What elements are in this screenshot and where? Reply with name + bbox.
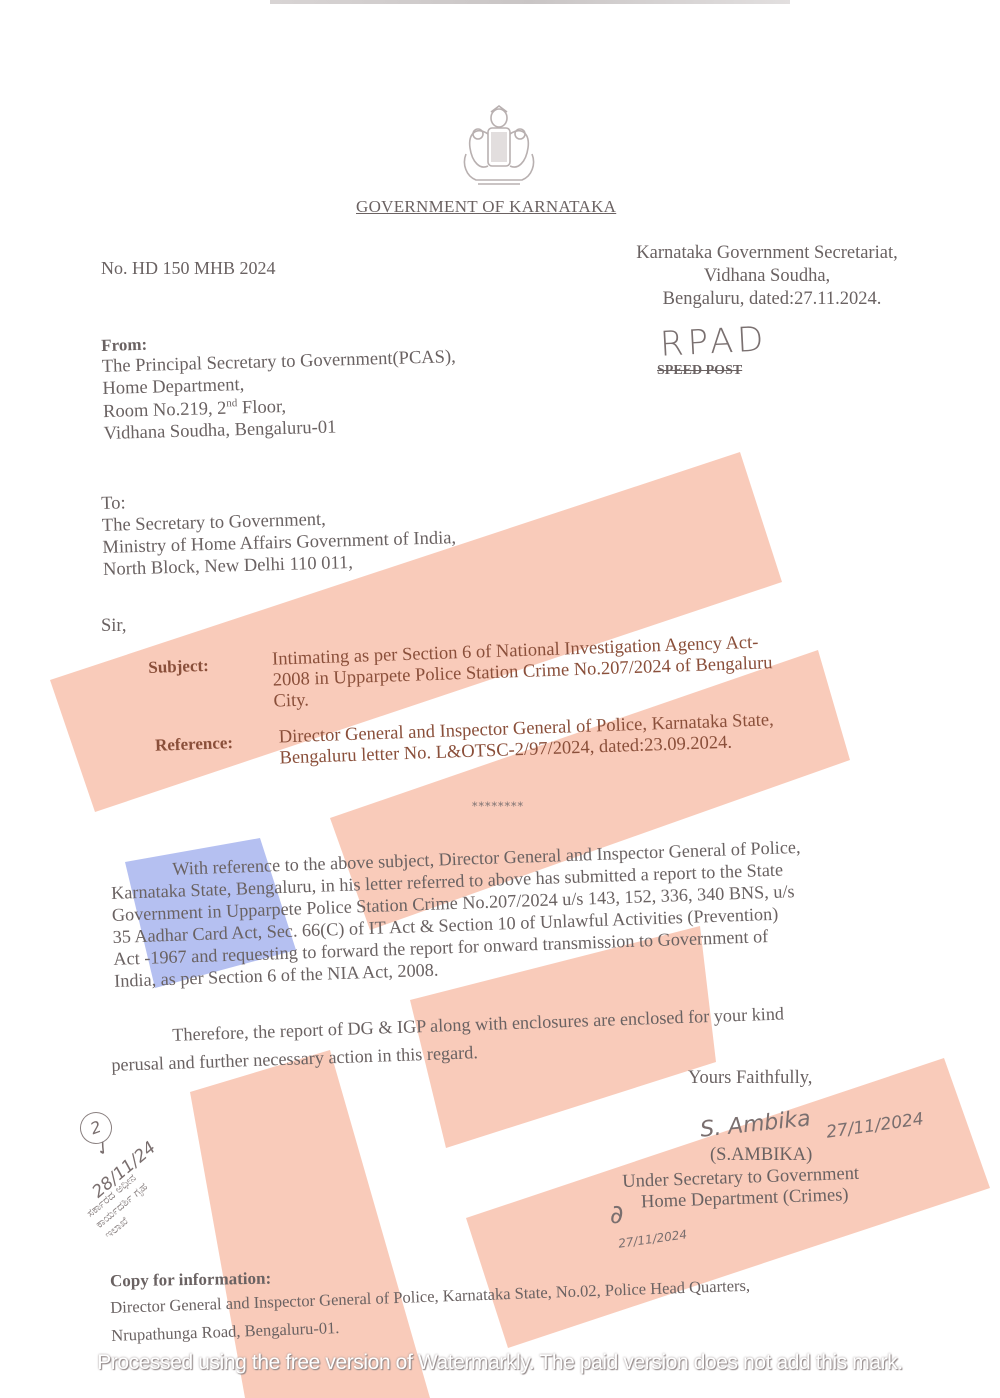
letter-page: GOVERNMENT OF KARNATAKA No. HD 150 MHB 2… bbox=[0, 0, 1000, 1398]
government-title: GOVERNMENT OF KARNATAKA bbox=[356, 197, 616, 217]
watermark-text: Processed using the free version of Wate… bbox=[0, 1351, 1000, 1375]
body-paragraph-2: Therefore, the report of DG & IGP along … bbox=[110, 997, 941, 1076]
dispatch-mode-struck: SPEED POST bbox=[657, 363, 742, 379]
copy-label: Copy for information: bbox=[110, 1269, 272, 1292]
office-line: Vidhana Soudha, bbox=[614, 266, 920, 287]
salutation: Sir, bbox=[101, 616, 126, 637]
handwritten-signature: S. Ambika bbox=[699, 1106, 812, 1142]
closing: Yours Faithfully, bbox=[688, 1068, 812, 1089]
state-emblem-icon bbox=[458, 104, 540, 190]
separator: ******** bbox=[472, 800, 524, 813]
signature-date: 27/11/2024 bbox=[825, 1109, 925, 1142]
file-number: No. HD 150 MHB 2024 bbox=[101, 258, 276, 279]
initial-date: 27/11/2024 bbox=[617, 1227, 687, 1250]
office-line: Karnataka Government Secretariat, bbox=[614, 243, 920, 264]
room-sup: nd bbox=[226, 397, 237, 409]
room-text: Room No.219, 2 bbox=[103, 399, 227, 422]
initial-mark: ∂ bbox=[610, 1200, 623, 1230]
office-line: Bengaluru, dated:27.11.2024. bbox=[624, 289, 920, 310]
body-paragraph-1: With reference to the above subject, Dir… bbox=[110, 831, 944, 992]
room-floor: Floor, bbox=[237, 397, 286, 418]
reference-text: Director General and Inspector General o… bbox=[279, 710, 775, 769]
from-block: From: The Principal Secretary to Governm… bbox=[101, 326, 458, 445]
to-block: To: The Secretary to Government, Ministr… bbox=[101, 484, 457, 581]
office-address: Karnataka Government Secretariat, Vidhan… bbox=[614, 243, 920, 310]
subject-label: Subject: bbox=[148, 656, 209, 678]
subject-text: Intimating as per Section 6 of National … bbox=[272, 632, 774, 712]
dispatch-mode-handwritten: RPAD bbox=[659, 319, 768, 365]
signatory-name: (S.AMBIKA) bbox=[710, 1145, 812, 1166]
reference-label: Reference: bbox=[155, 733, 234, 756]
signatory-designation: Under Secretary to Government Home Depar… bbox=[622, 1164, 860, 1214]
